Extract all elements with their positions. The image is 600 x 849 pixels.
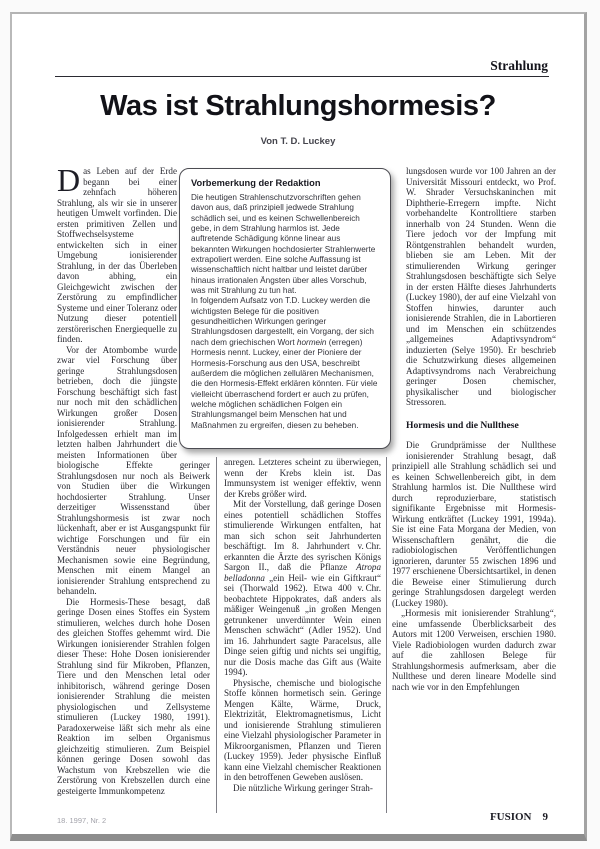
article-column-3: lungsdosen wurde vor 100 Jahren an der U… <box>392 166 556 814</box>
footer-magazine-page: FUSION9 <box>490 811 548 823</box>
paragraph-col2-2: Mit der Vorstellung, daß geringe Dosen e… <box>224 499 381 678</box>
editors-note-heading: Vorbemerkung der Redaktion <box>191 178 379 188</box>
paragraph-col3-2: Die Grundprämisse der Nullthese ionisier… <box>392 440 556 608</box>
article-byline: Von T. D. Luckey <box>12 136 584 147</box>
paragraph-col2-3: Physische, chemische und biologische Sto… <box>224 678 381 783</box>
editors-note-paragraph-2: In folgendem Aufsatz von T.D. Luckey wer… <box>191 296 379 430</box>
screenshot-root: { "page": { "section_header": "Strahlung… <box>0 0 600 849</box>
article-column-2: anregen. Letzteres scheint zu überwiegen… <box>224 457 381 817</box>
magazine-page: Strahlung Was ist Strahlungshormesis? Vo… <box>10 12 587 841</box>
footer-magazine-name: FUSION <box>490 811 532 823</box>
paragraph-col1-3: Die Hormesis-These besagt, daß geringe D… <box>57 597 210 797</box>
editors-note-box: Vorbemerkung der Redaktion Die heutigen … <box>179 168 391 449</box>
paragraph-col3-1: lungsdosen wurde vor 100 Jahren an der U… <box>392 166 556 408</box>
column-divider-1 <box>216 457 217 813</box>
article-column-1: Das Leben auf der Erde begann bei einer … <box>57 166 210 814</box>
footer-issue: 18. 1997, Nr. 2 <box>57 816 106 825</box>
paragraph-col2-4: Die nützliche Wirkung geringer Strah- <box>224 783 381 794</box>
box-wrap-spacer <box>392 166 406 460</box>
paragraph-col3-3: „Hormesis mit ionisierender Strahlung“, … <box>392 608 556 692</box>
article-title: Was ist Strahlungshormesis? <box>12 90 584 123</box>
section-header: Strahlung <box>55 58 548 74</box>
footer-page-number: 9 <box>543 811 549 823</box>
header-rule <box>55 76 549 77</box>
column-divider-2 <box>386 457 387 813</box>
editors-note-paragraph-1: Die heutigen Strahlenschutzvorschriften … <box>191 193 379 296</box>
box-wrap-spacer <box>177 166 210 460</box>
subheading-hormesis-nullthese: Hormesis und die Nullthese <box>392 421 556 432</box>
drop-cap: D <box>57 166 83 194</box>
paragraph-col2-1: anregen. Letzteres scheint zu überwiegen… <box>224 457 381 499</box>
